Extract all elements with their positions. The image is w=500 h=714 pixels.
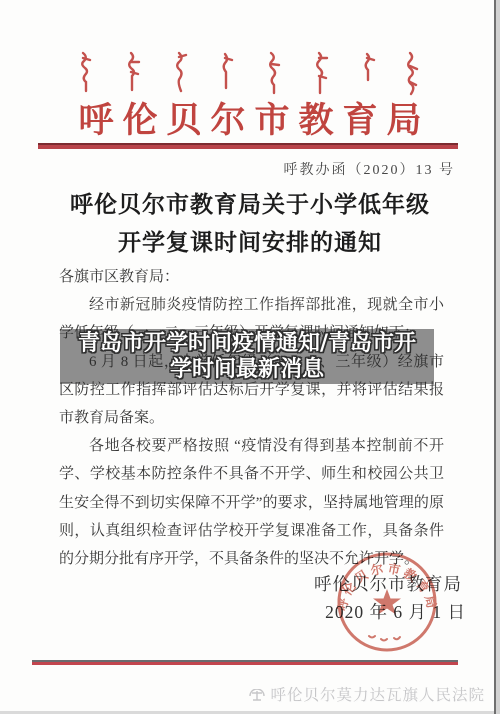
doc-title-line2: 开学复课时间安排的通知 [0, 224, 500, 262]
doc-body: 各旗市区教育局： 经市新冠肺炎疫情防控工作指挥部批准，现就全市小学低年级（一、二… [59, 263, 444, 573]
agency-name: 呼伦贝尔市教育局 [0, 93, 500, 143]
headline-line1: 青岛市开学时间疫情通知/青岛市开 [60, 331, 434, 357]
header-rule [38, 143, 458, 149]
doc-number: 呼教办函（2020）13 号 [0, 159, 455, 179]
salutation: 各旗市区教育局： [59, 263, 444, 291]
seal-star [373, 589, 401, 615]
photo-right-edge [494, 0, 500, 714]
doc-title-line1: 呼伦贝尔市教育局关于小学低年级 [0, 186, 500, 224]
doc-title: 呼伦贝尔市教育局关于小学低年级 开学复课时间安排的通知 [0, 186, 500, 262]
footer-rule [32, 660, 458, 665]
headline-line2: 学时间最新消息 [60, 357, 434, 383]
watermark-text: 呼伦贝尔莫力达瓦旗人民法院 [270, 687, 485, 704]
official-seal-icon: 呼伦贝尔市教育局 [331, 546, 443, 658]
headline-overlay: 青岛市开学时间疫情通知/青岛市开 学时间最新消息 [60, 329, 434, 384]
mongolian-script-icon [70, 50, 430, 96]
court-scales-icon [248, 689, 266, 703]
watermark: 呼伦贝尔莫力达瓦旗人民法院 [248, 683, 485, 705]
document-photo: 呼伦贝尔市教育局 呼教办函（2020）13 号 呼伦贝尔市教育局关于小学低年级 … [0, 0, 500, 714]
